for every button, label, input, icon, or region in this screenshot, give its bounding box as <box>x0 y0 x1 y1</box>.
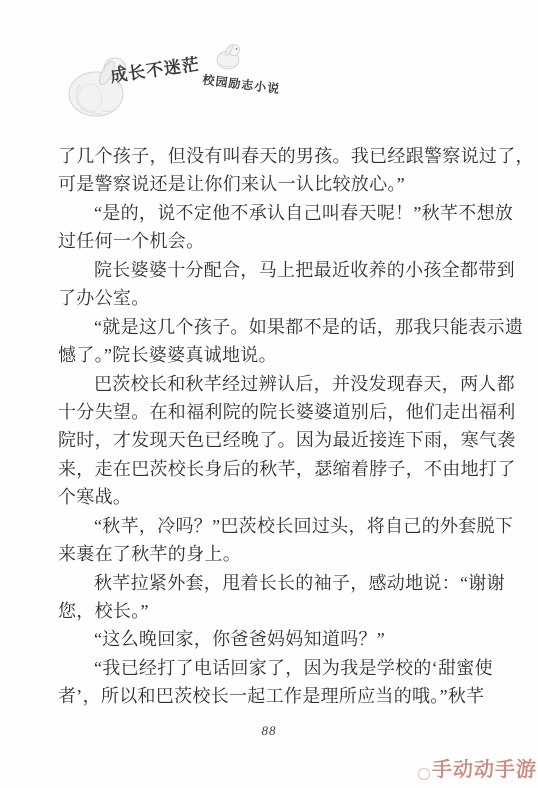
body-text-line: 秋芊拉紧外套，甩着长长的袖子，感动地说：“谢谢 <box>58 569 482 597</box>
body-text-line: 憾了。”院长婆婆真诚地说。 <box>58 341 482 369</box>
body-text-line: 个寒战。 <box>58 483 482 511</box>
body-text-line: 过任何一个机会。 <box>58 227 482 255</box>
body-text-line: 了办公室。 <box>58 284 482 312</box>
body-text-line: “我已经打了电话回家了，因为我是学校的‘甜蜜使 <box>58 654 482 682</box>
body-text-line: 巴茨校长和秋芊经过辨认后，并没发现春天，两人都 <box>58 370 482 398</box>
body-text-line: 了几个孩子，但没有叫春天的男孩。我已经跟警察说过了， <box>58 142 482 170</box>
body-text-line: 者’，所以和巴茨校长一起工作是理所应当的哦。”秋芊 <box>58 682 482 710</box>
watermark: 手动动手游 <box>418 753 537 782</box>
book-page: 成长不迷茫 校园励志小说 了几个孩子，但没有叫春天的男孩。我已经跟警察说过了，可… <box>0 0 538 788</box>
body-text-line: 十分失望。在和福利院的院长婆婆道别后，他们走出福利 <box>58 398 482 426</box>
body-text-line: “就是这几个孩子。如果都不是的话，那我只能表示遗 <box>58 313 482 341</box>
body-text-line: “这么晚回家，你爸爸妈妈知道吗？” <box>58 625 482 653</box>
page-footer: 88 <box>0 722 538 740</box>
watermark-text: 手动动手游 <box>432 753 537 782</box>
body-text-line: 您，校长。” <box>58 597 482 625</box>
page-header: 成长不迷茫 校园励志小说 <box>0 0 538 130</box>
body-text-line: 来，走在巴茨校长身后的秋芊，瑟缩着脖子，不由地打了 <box>58 455 482 483</box>
series-title-sub: 校园励志小说 <box>202 71 282 97</box>
body-text: 了几个孩子，但没有叫春天的男孩。我已经跟警察说过了，可是警察说还是让你们来认一认… <box>58 142 482 711</box>
series-title: 成长不迷茫 校园励志小说 <box>112 62 332 87</box>
body-text-line: 院时，才发现天色已经晚了。因为最近接连下雨，寒气袭 <box>58 426 482 454</box>
watermark-logo-icon <box>418 768 430 780</box>
body-text-line: “是的，说不定他不承认自己叫春天呢！”秋芊不想放 <box>58 199 482 227</box>
page-number: 88 <box>262 723 277 738</box>
body-text-line: “秋芊，冷吗？”巴茨校长回过头，将自己的外套脱下 <box>58 512 482 540</box>
body-text-line: 可是警察说还是让你们来认一认比较放心。” <box>58 170 482 198</box>
body-text-line: 院长婆婆十分配合，马上把最近收养的小孩全都带到 <box>58 256 482 284</box>
body-text-line: 来裹在了秋芊的身上。 <box>58 540 482 568</box>
